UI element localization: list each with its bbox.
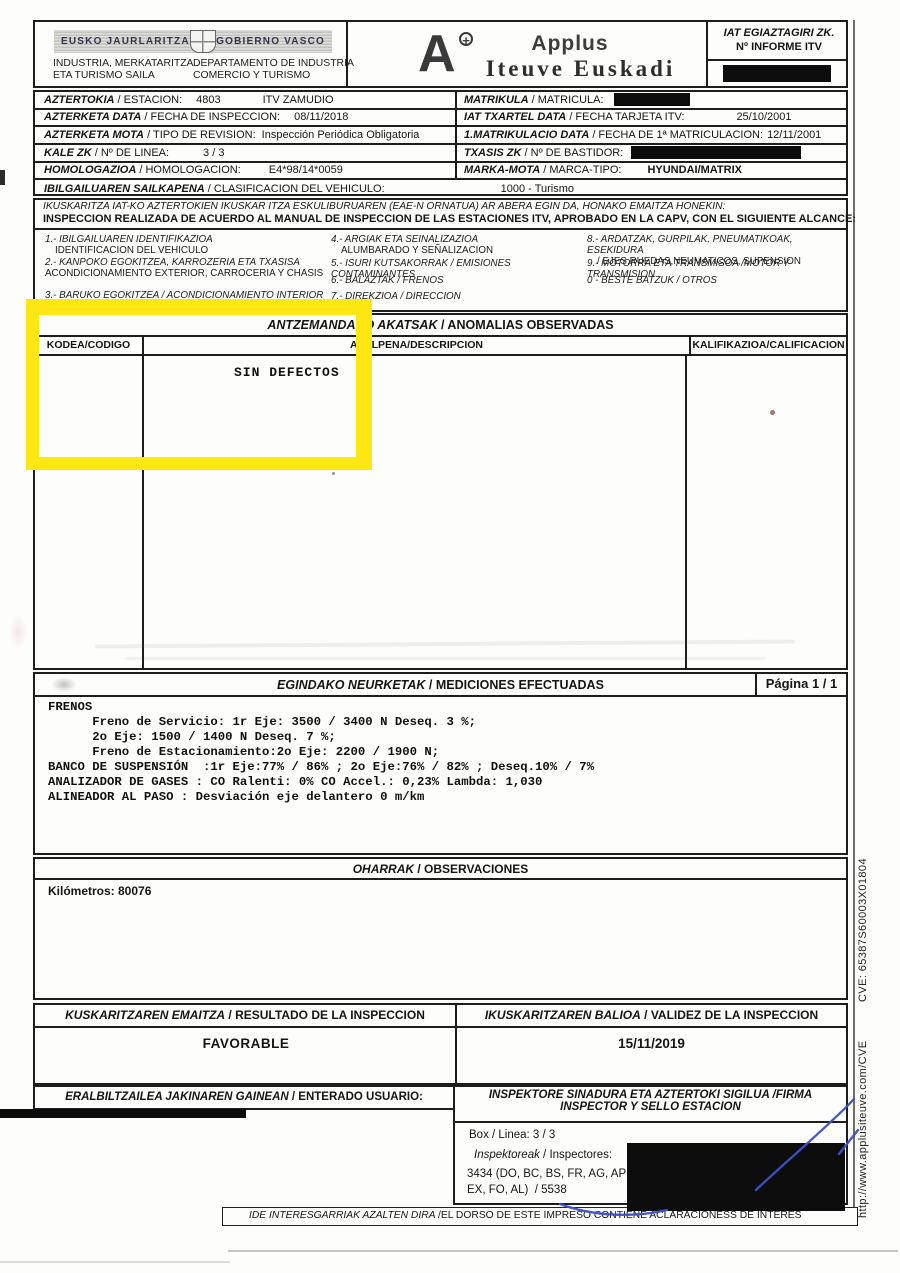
report-number-redaction-box (723, 65, 831, 82)
scope-item-6: 6.- BALAZTAK / FRENOS (331, 275, 591, 286)
field-row-3: AZTERKETA MOTA / TIPO DE REVISION: Inspe… (35, 127, 846, 145)
scope-item-4: 4.- ARGIAK ETA SEINALIZAZIOA ALUMBARADO … (331, 234, 581, 256)
chassis-redaction-box (631, 146, 801, 159)
scan-edge-mark (0, 170, 5, 185)
anomalies-body-divider-2 (685, 354, 687, 668)
result-title: KUSKARITZAREN EMAITZA / RESULTADO DE LA … (35, 1005, 457, 1026)
signature-stroke-2 (560, 1204, 667, 1215)
field-inspection-date: AZTERKETA DATA / FECHA DE INSPECCION: 08… (35, 110, 457, 126)
gobierno-vasco-banner: EUSKO JAURLARITZA GOBIERNO VASCO (54, 30, 332, 53)
banner-text-es: GOBIERNO VASCO (216, 36, 325, 47)
signature-stroke-1 (756, 1099, 854, 1190)
scan-smudge (125, 657, 765, 660)
scope-intro-eu: IKUSKARITZA IAT-KO AZTERTOKIEN IKUSKAR I… (43, 201, 725, 212)
scope-intro-es: INSPECCION REALIZADA DE ACUERDO AL MANUA… (43, 213, 856, 225)
field-row-4: KALE ZK / Nº DE LINEA: 3 / 3 TXASIS ZK /… (35, 145, 846, 163)
observations-title: OHARRAK / OBSERVACIONES (35, 859, 846, 880)
inspection-scope-box: IKUSKARITZA IAT-KO AZTERTOKIEN IKUSKAR I… (33, 198, 848, 312)
result-value: FAVORABLE (35, 1036, 457, 1051)
field-first-registration: 1.MATRIKULACIO DATA / FECHA DE 1ª MATRIC… (457, 127, 846, 143)
scan-speck (332, 472, 335, 475)
report-number-title-eu: IAT EGIAZTAGIRI ZK. (712, 27, 846, 39)
field-homologation: HOMOLOGAZIOA / HOMOLOGACION: E4*98/14*00… (35, 163, 457, 179)
vehicle-fields-table: AZTERTOKIA / ESTACION: 4803 ITV ZAMUDIO … (33, 90, 848, 196)
kilometers-text: Kilómetros: 80076 (48, 884, 151, 898)
scope-item-1: 1.- IBILGAILUAREN IDENTIFIKAZIOA IDENTIF… (45, 234, 325, 256)
page-bottom-edge (228, 1250, 898, 1252)
report-number-title-es: Nº INFORME ITV (712, 41, 846, 53)
validity-title: IKUSKARITZAREN BALIOA / VALIDEZ DE LA IN… (457, 1005, 846, 1026)
scanned-itv-inspection-report: EUSKO JAURLARITZA GOBIERNO VASCO INDUSTR… (0, 0, 900, 1273)
cve-code-vertical-text: CVE: 65387S60003X01804 (857, 742, 869, 1002)
applus-logo-letter: A (418, 30, 456, 78)
scope-item-2: 2.- KANPOKO EGOKITZEA, KARROZERIA ETA TX… (45, 257, 330, 279)
result-header-row: KUSKARITZAREN EMAITZA / RESULTADO DE LA … (35, 1005, 846, 1028)
department-name-eu: INDUSTRIA, MERKATARITZA ETA TURISMO SAIL… (53, 58, 193, 81)
applus-brand: Applus (505, 32, 635, 56)
scan-speck (770, 410, 775, 415)
field-line-number: KALE ZK / Nº DE LINEA: 3 / 3 (35, 145, 457, 161)
department-name-es: DEPARTAMENTO DE INDUSTRIA COMERCIO Y TUR… (193, 58, 354, 81)
signature-stroke-3 (839, 1130, 858, 1154)
measurements-section: EGINDAKO NEURKETAK / MEDICIONES EFECTUAD… (33, 672, 848, 855)
header-divider-2 (706, 22, 708, 86)
signature-strokes (540, 1085, 860, 1225)
page-indicator: Página 1 / 1 (755, 674, 846, 695)
applus-plus-icon: + (459, 32, 473, 46)
field-make-model: MARKA-MOTA / MARCA-TIPO: HYUNDAI/MATRIX (457, 163, 846, 179)
field-revision-type: AZTERKETA MOTA / TIPO DE REVISION: Inspe… (35, 127, 457, 143)
scan-smudge (95, 640, 795, 649)
field-station: AZTERTOKIA / ESTACION: 4803 ITV ZAMUDIO (35, 92, 457, 108)
observations-section: OHARRAK / OBSERVACIONES Kilómetros: 8007… (33, 857, 848, 1000)
user-acknowledged-title: ERALBILTZAILEA JAKINAREN GAINEAN / ENTER… (35, 1087, 453, 1108)
header-row: EUSKO JAURLARITZA GOBIERNO VASCO INDUSTR… (33, 20, 848, 88)
page-bottom-edge-left (0, 1261, 230, 1263)
field-classification: IBILGAILUAREN SAILKAPENA / CLASIFICACION… (35, 180, 846, 198)
plate-redaction-box (614, 93, 690, 106)
scan-smudge (8, 615, 28, 649)
gobierno-vasco-emblem-icon (190, 30, 216, 53)
field-plate: MATRIKULA / MATRICULA: (457, 92, 846, 108)
measurements-title: EGINDAKO NEURKETAK / MEDICIONES EFECTUAD… (35, 674, 846, 697)
report-box-divider (708, 59, 846, 61)
field-chassis-number: TXASIS ZK / Nº DE BASTIDOR: (457, 145, 846, 161)
field-row-5: HOMOLOGAZIOA / HOMOLOGACION: E4*98/14*00… (35, 163, 846, 181)
yellow-highlight-annotation (26, 299, 372, 470)
field-row-1: AZTERTOKIA / ESTACION: 4803 ITV ZAMUDIO … (35, 92, 846, 110)
applus-subbrand: Iteuve Euskadi (463, 56, 698, 82)
scope-divider (35, 228, 846, 230)
field-itv-card-date: IAT TXARTEL DATA / FECHA TARJETA ITV: 25… (457, 110, 846, 126)
anomalies-col-rating: KALIFIKAZIOA/CALIFICACION (691, 337, 846, 354)
banner-text-eu: EUSKO JAURLARITZA (61, 36, 190, 47)
field-row-classification: IBILGAILUAREN SAILKAPENA / CLASIFICACION… (35, 180, 846, 198)
field-row-2: AZTERKETA DATA / FECHA DE INSPECCION: 08… (35, 110, 846, 128)
measurements-text-block: FRENOS Freno de Servicio: 1r Eje: 3500 /… (48, 700, 594, 805)
scope-item-0: 0 - BESTE BATZUK / OTROS (587, 275, 847, 286)
page-edge-line (853, 20, 855, 1207)
result-section: KUSKARITZAREN EMAITZA / RESULTADO DE LA … (33, 1003, 848, 1085)
user-redaction-strip (0, 1109, 246, 1118)
validity-value: 15/11/2019 (457, 1036, 846, 1051)
user-acknowledged-box: ERALBILTZAILEA JAKINAREN GAINEAN / ENTER… (33, 1085, 455, 1110)
